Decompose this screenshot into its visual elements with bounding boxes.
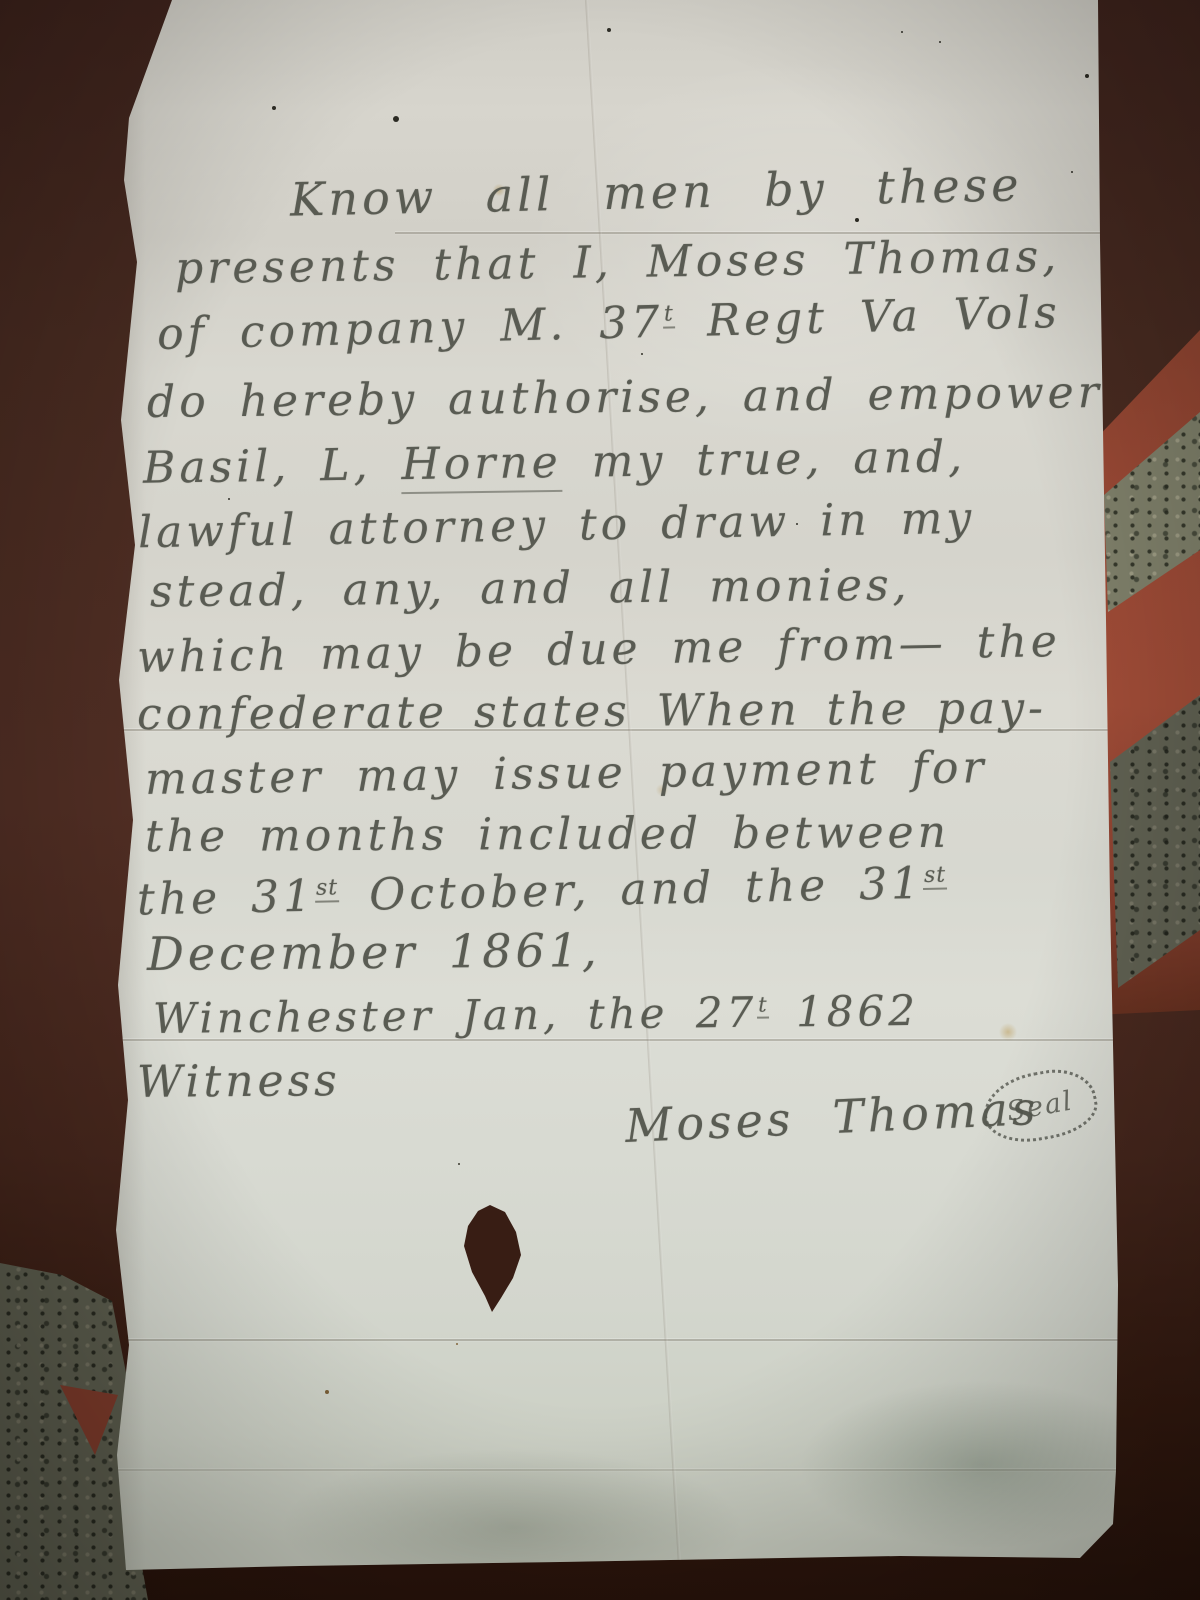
letter-line-13: December 1861, [147, 923, 601, 981]
line-12-superscript-1: st [315, 876, 340, 903]
letter-line-4: do hereby authorise, and empower [147, 367, 1103, 428]
line-5-underlined-name: Horne [401, 437, 562, 494]
letter-line-14: Winchester Jan, the 27t 1862 [153, 986, 919, 1043]
line-3-superscript: t [663, 302, 675, 329]
line-5-post: my true, and, [561, 431, 966, 488]
photo-scene: Know all men by these presents that I, M… [0, 0, 1200, 1600]
line-14-pre: Winchester Jan, the 27 [153, 988, 758, 1043]
line-14-superscript: t [757, 993, 769, 1019]
line-12-superscript-2: st [923, 863, 948, 890]
fly-specks [272, 106, 276, 110]
brown-specks [325, 1390, 329, 1394]
letter-line-1: Know all men by these [290, 157, 1023, 226]
line-3-pre: of company M. 37 [157, 297, 664, 360]
letter-line-15: Witness [137, 1055, 341, 1108]
letter-line-5: Basil, L, Horne my true, and, [143, 431, 967, 493]
signature: Moses Thomas [624, 1081, 1040, 1153]
letter-line-2: presents that I, Moses Thomas, [175, 231, 1061, 294]
paper-hole [464, 1205, 521, 1312]
letter-line-3: of company M. 37t Regt Va Vols [157, 287, 1062, 360]
letter-line-7: stead, any, and all monies, [150, 560, 911, 618]
letter-line-10: master may issue payment for [145, 742, 988, 805]
fold-crease-4 [105, 1338, 1125, 1342]
letter-line-6: lawful attorney to draw in my [138, 493, 976, 559]
line-14-post: 1862 [768, 986, 919, 1037]
line-3-post: Regt Va Vols [674, 287, 1061, 347]
letter-line-12: the 31st October, and the 31st [137, 858, 948, 926]
paper-document: Know all men by these presents that I, M… [105, 0, 1125, 1575]
seal-text: Seal [1004, 1085, 1076, 1127]
letter-line-9: confederate states When the pay- [137, 683, 1047, 740]
letter-line-8: which may be due me from— the [137, 616, 1062, 683]
letter-line-11: the months included between [145, 807, 950, 862]
line-12-mid: October, and the 31 [339, 858, 924, 921]
line-12-pre: the 31 [137, 871, 316, 926]
line-5-pre: Basil, L, [143, 439, 402, 494]
fold-crease-5 [105, 1468, 1125, 1472]
